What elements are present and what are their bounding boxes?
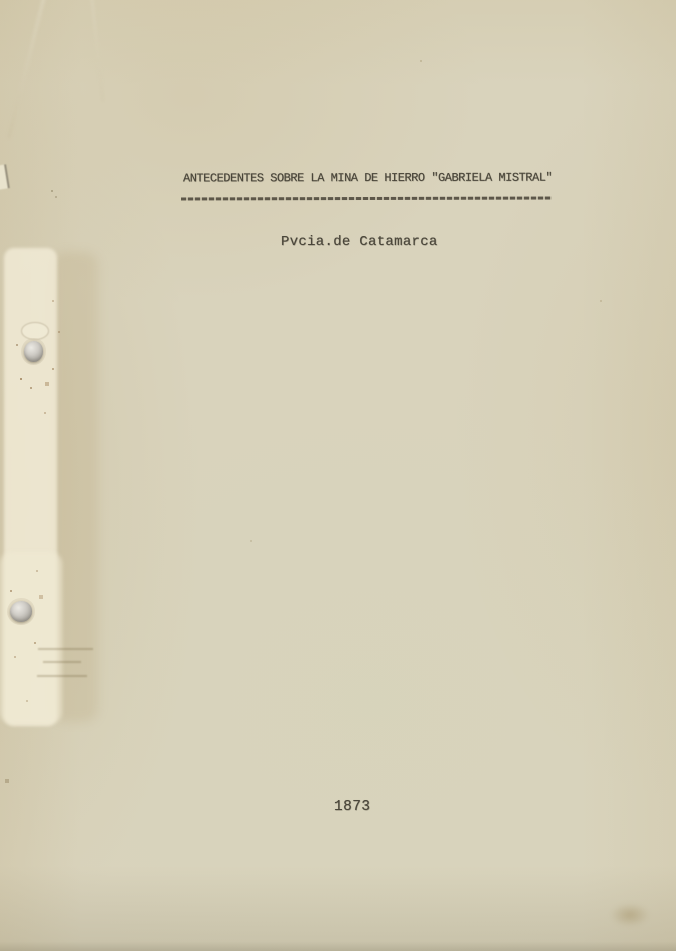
- paper-smudge: [610, 903, 650, 927]
- rust-speckles: [0, 0, 2, 2]
- binding-tape-patch: [0, 552, 62, 724]
- paper-crease: [90, 0, 103, 102]
- paper-crease: [8, 0, 46, 138]
- page-edge-fold: [0, 164, 10, 189]
- faded-stamp-mark: [38, 648, 93, 650]
- document-year: 1873: [334, 799, 370, 815]
- scanned-document-page: ANTECEDENTES SOBRE LA MINA DE HIERRO "GA…: [0, 0, 676, 951]
- document-subtitle: Pvcia.de Catamarca: [281, 234, 438, 250]
- faded-stamp-mark: [43, 661, 81, 663]
- document-title: ANTECEDENTES SOBRE LA MINA DE HIERRO "GA…: [183, 171, 552, 186]
- grommet-imprint-ring: [21, 322, 49, 340]
- faded-stamp-mark: [37, 675, 87, 677]
- binding-grommet-bottom: [10, 601, 32, 622]
- binding-grommet-top: [24, 341, 43, 362]
- title-underline: [181, 197, 552, 201]
